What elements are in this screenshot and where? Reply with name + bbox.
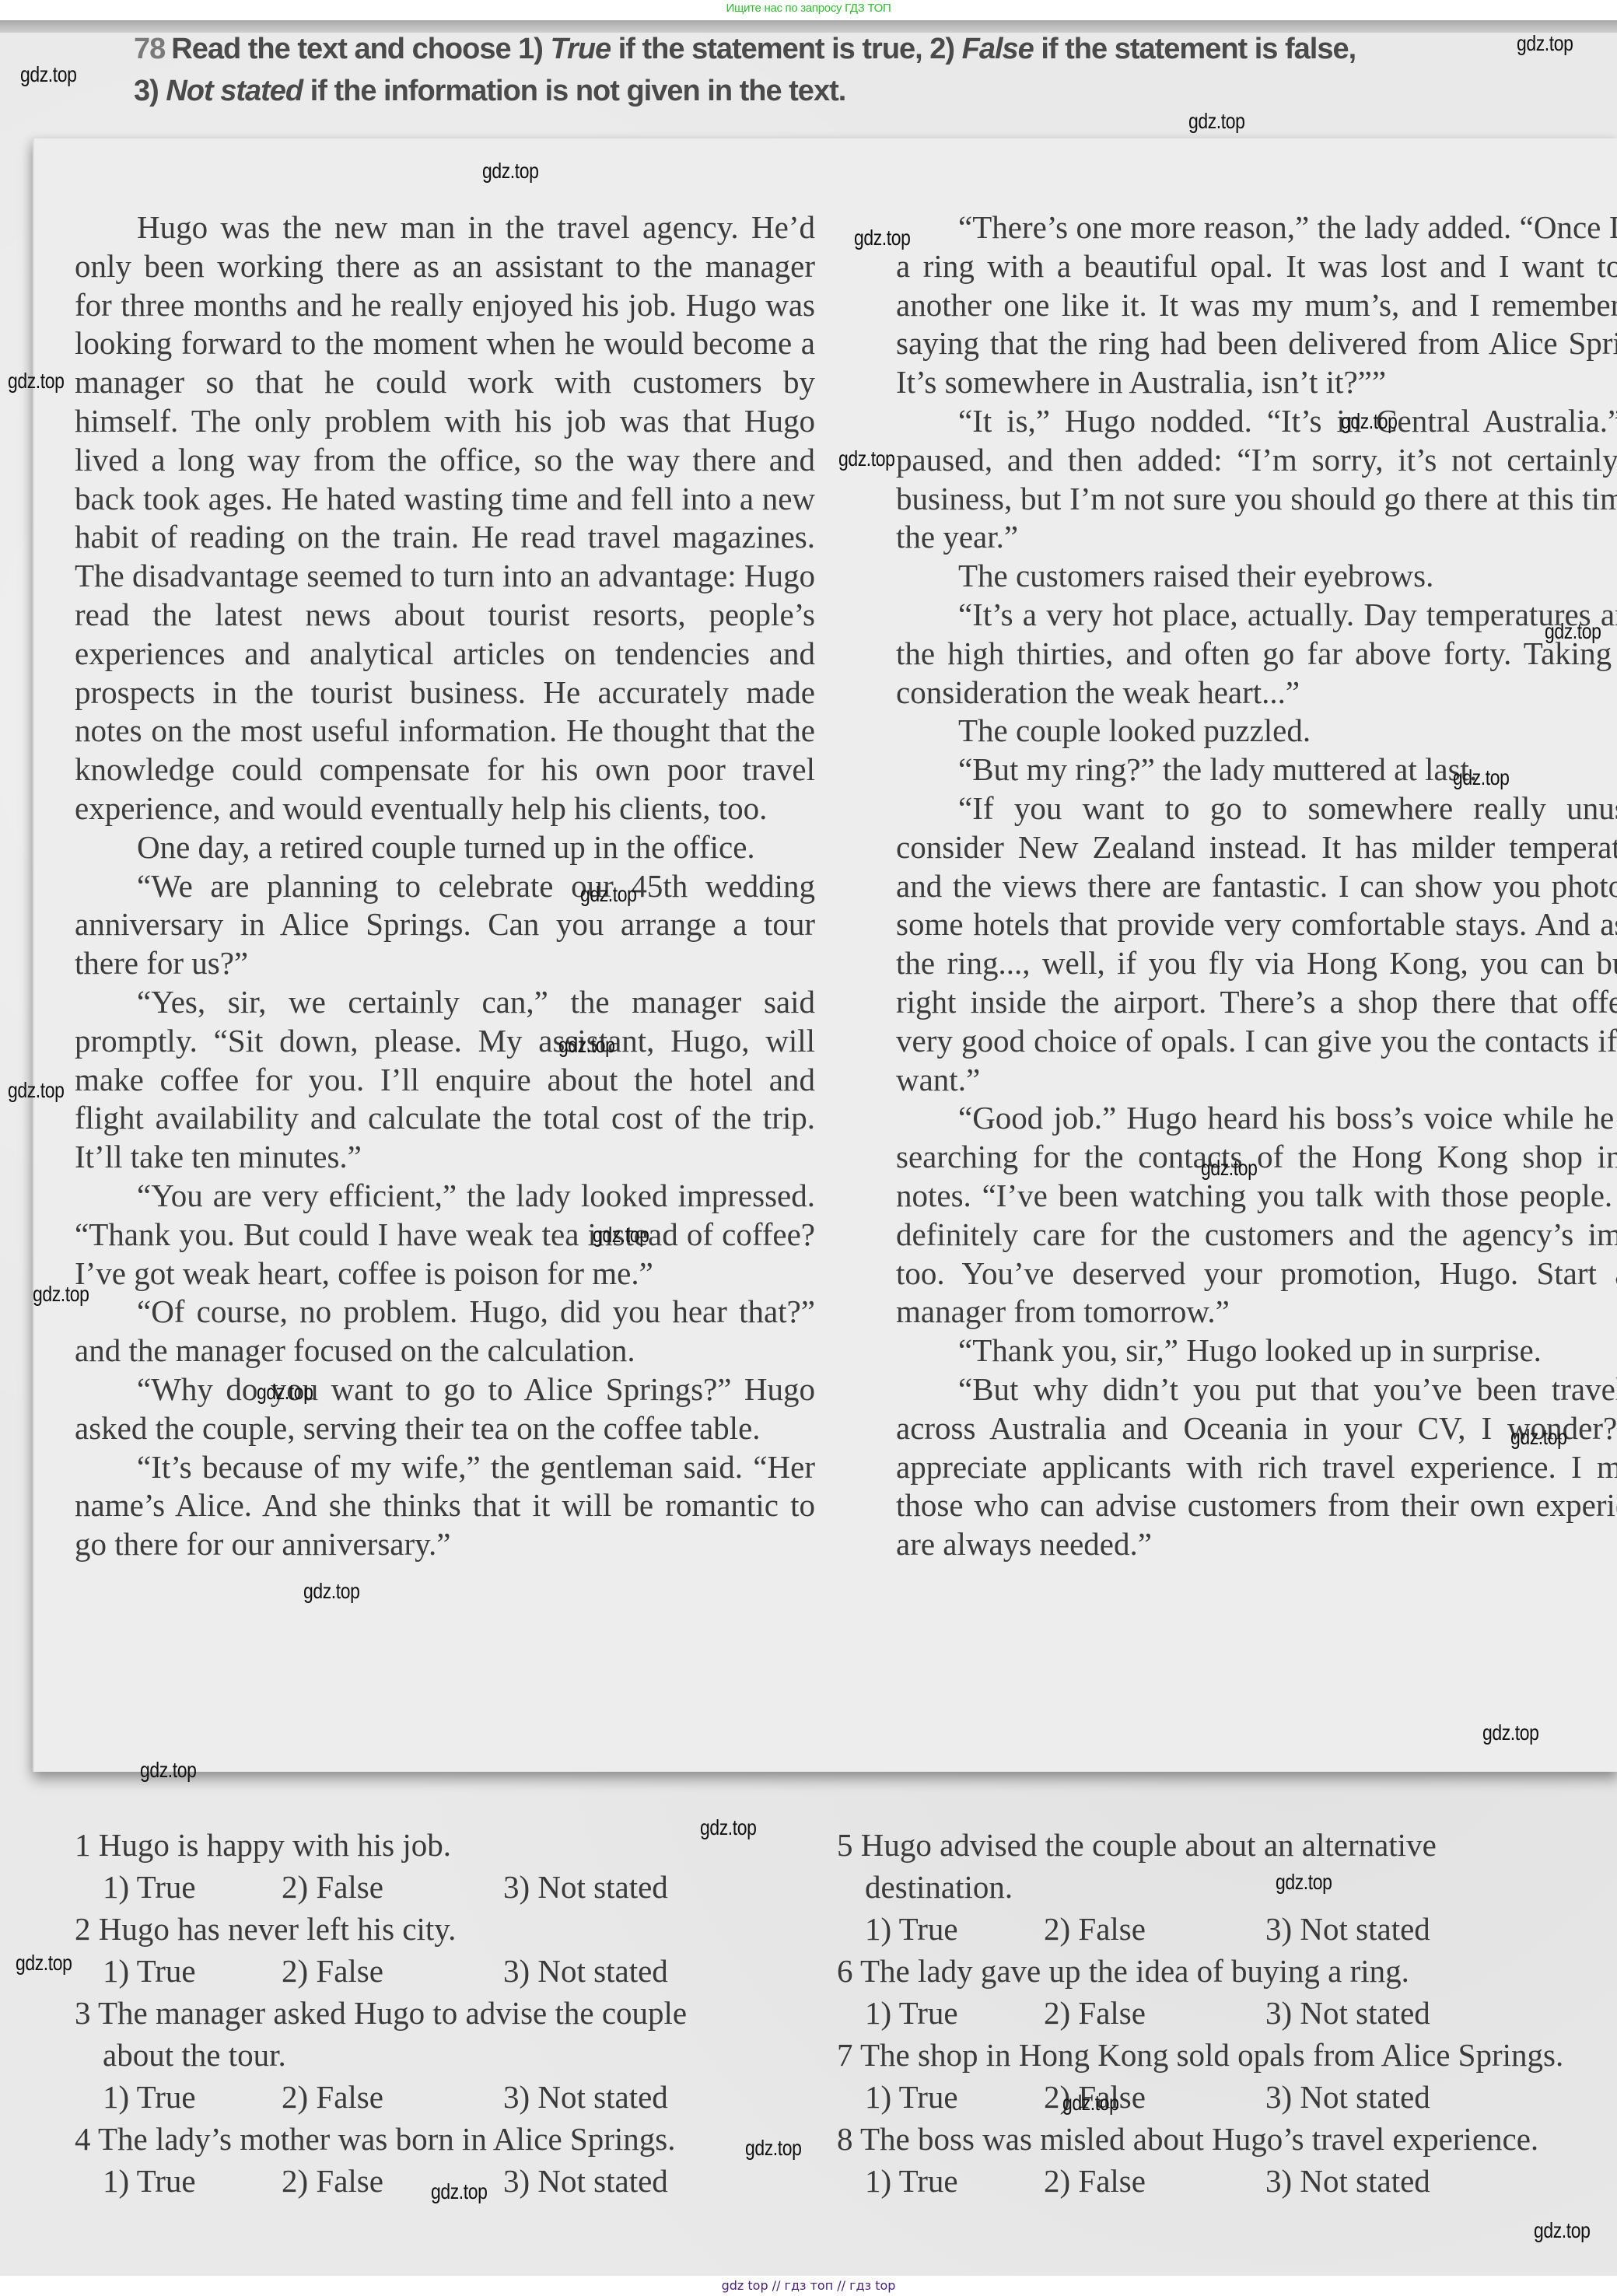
watermark: gdz.top xyxy=(482,159,538,184)
option-not-stated-label: Not stated xyxy=(166,75,303,107)
watermark: gdz.top xyxy=(431,2179,487,2204)
option-false-label: False xyxy=(962,33,1034,65)
watermark: gdz.top xyxy=(33,1282,89,1307)
watermark: gdz.top xyxy=(1188,109,1244,134)
watermark: gdz.top xyxy=(854,226,910,250)
watermark: gdz.top xyxy=(1545,619,1601,644)
watermark: gdz.top xyxy=(20,62,76,87)
top-banner[interactable]: Ищите нас по запросу ГДЗ ТОП xyxy=(0,0,1617,20)
watermark: gdz.top xyxy=(700,1815,756,1840)
watermark: gdz.top xyxy=(1276,1870,1332,1895)
watermark: gdz.top xyxy=(1510,1425,1566,1450)
instruction-text: 3) xyxy=(134,75,166,107)
watermark: gdz.top xyxy=(8,369,64,394)
watermark: gdz.top xyxy=(1062,2091,1118,2116)
watermark: gdz.top xyxy=(1453,765,1509,790)
instruction-text: Read the text and choose 1) xyxy=(171,33,550,65)
watermark: gdz.top xyxy=(257,1380,313,1405)
watermark: gdz.top xyxy=(1517,31,1573,56)
watermark: gdz.top xyxy=(16,1951,72,1976)
watermark: gdz.top xyxy=(580,882,636,907)
watermark: gdz.top xyxy=(1341,409,1397,434)
instruction-text: if the statement is false, xyxy=(1034,33,1356,65)
reading-text-panel xyxy=(33,138,1617,1772)
watermark: gdz.top xyxy=(303,1579,359,1604)
watermark: gdz.top xyxy=(593,1223,649,1248)
instruction-text: if the information is not given in the t… xyxy=(303,75,845,107)
watermark: gdz.top xyxy=(558,1033,614,1058)
instruction-text: if the statement is true, 2) xyxy=(611,33,961,65)
watermark: gdz.top xyxy=(838,446,894,471)
watermark: gdz.top xyxy=(745,2136,801,2161)
watermark: gdz.top xyxy=(1482,1720,1538,1745)
watermark: gdz.top xyxy=(1534,2218,1590,2243)
exercise-instruction: 78Read the text and choose 1) True if th… xyxy=(134,28,1549,112)
option-true-label: True xyxy=(551,33,611,65)
watermark: gdz.top xyxy=(8,1078,64,1103)
footer-links[interactable]: gdz top // гдз топ // гдз top xyxy=(0,2276,1617,2296)
watermark: gdz.top xyxy=(140,1758,196,1783)
watermark: gdz.top xyxy=(1201,1156,1257,1181)
exercise-number: 78 xyxy=(134,33,165,65)
